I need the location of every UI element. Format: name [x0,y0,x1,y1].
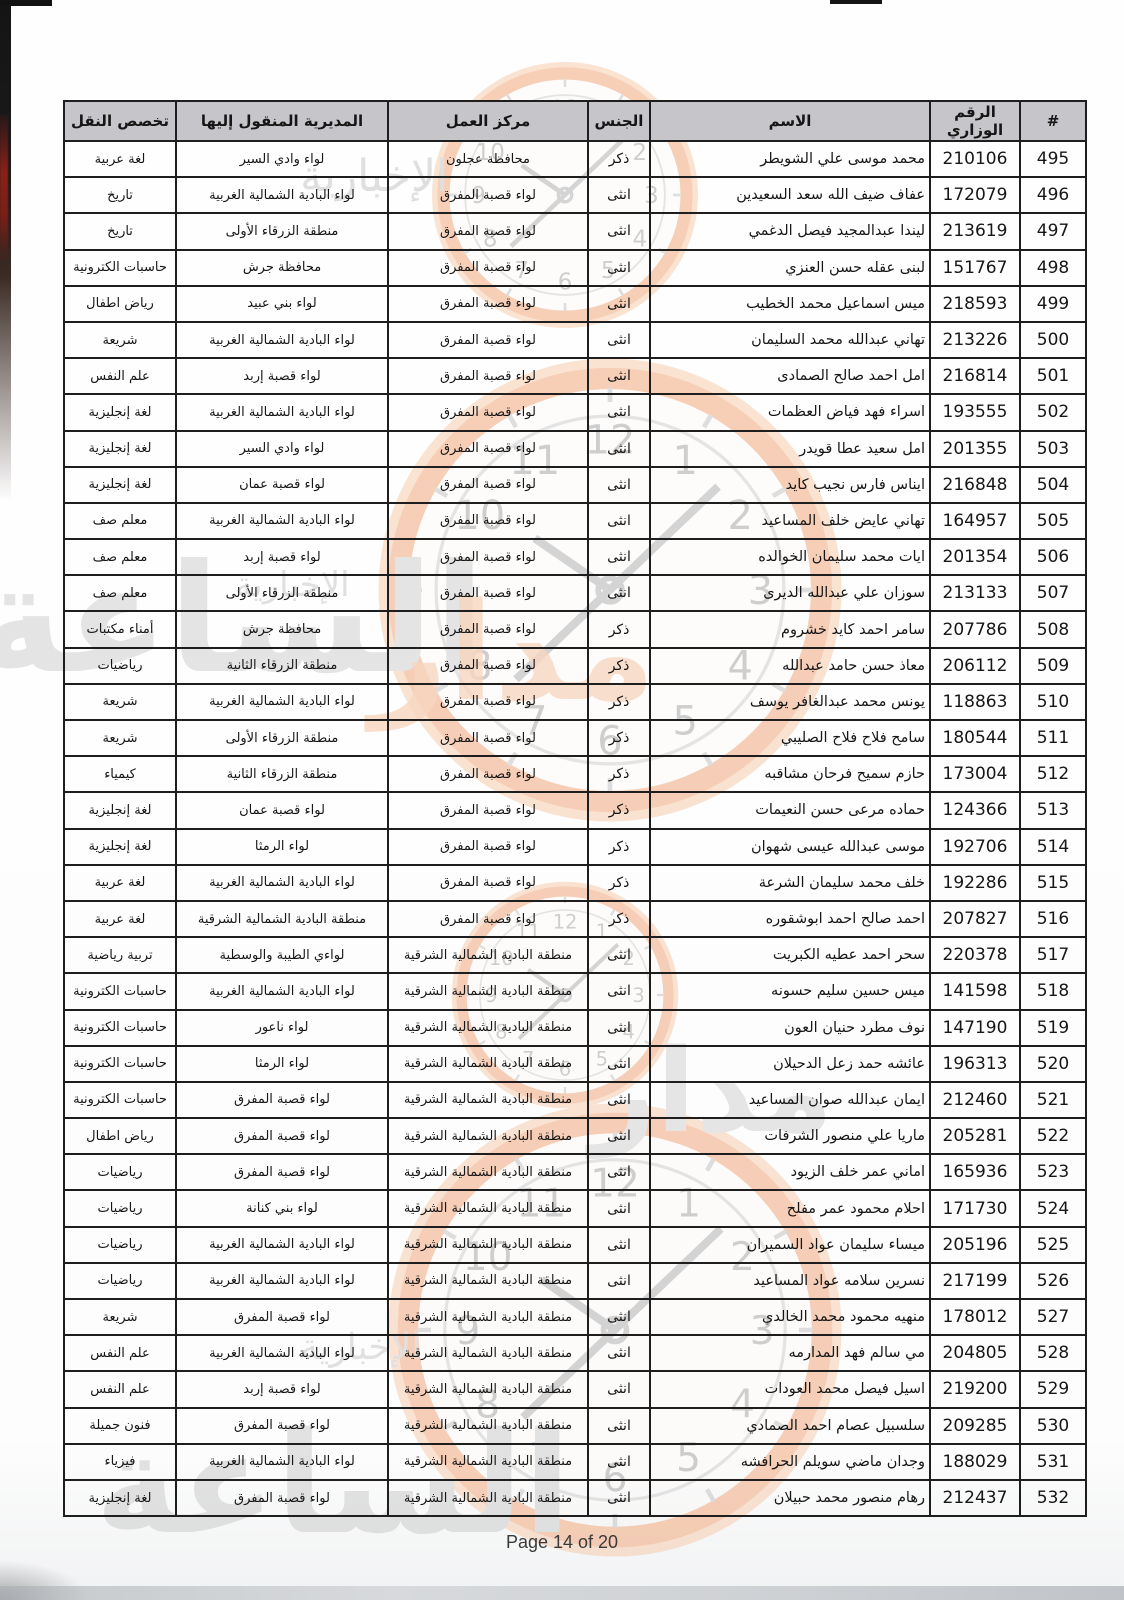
cell-ministry-number: 207786 [930,611,1020,647]
cell-gender: انثى [588,467,650,503]
table-row: 505 164957 تهاني عايض خلف المساعيد انثى … [64,503,1086,539]
cell-ministry-number: 207827 [930,901,1020,937]
transfer-roster-table: # الرقم الوزاري الاسم الجنس مركز العمل ا… [63,100,1087,1517]
table-row: 503 201355 امل سعيد عطا قويدر انثى لواء … [64,431,1086,467]
cell-row-number: 519 [1020,1010,1086,1046]
cell-ministry-number: 212460 [930,1082,1020,1118]
cell-specialization: حاسبات الكترونية [64,250,176,286]
cell-name: حازم سميح فرحان مشاقبه [650,756,930,792]
cell-ministry-number: 171730 [930,1190,1020,1226]
cell-specialization: تاريخ [64,177,176,213]
cell-gender: ذكر [588,141,650,177]
cell-gender: انثى [588,1408,650,1444]
cell-ministry-number: 213226 [930,322,1020,358]
cell-specialization: رياضيات [64,1154,176,1190]
cell-ministry-number: 180544 [930,720,1020,756]
cell-row-number: 529 [1020,1371,1086,1407]
cell-specialization: شريعة [64,322,176,358]
table-row: 517 220378 سحر احمد عطيه الكبريت انثى من… [64,937,1086,973]
cell-name: حماده مرعى حسن النعيمات [650,792,930,828]
cell-ministry-number: 188029 [930,1444,1020,1480]
cell-work-center: لواء قصبة المفرق [388,901,588,937]
cell-row-number: 513 [1020,792,1086,828]
cell-specialization: لغة إنجليزية [64,431,176,467]
cell-work-center: منطقة البادية الشمالية الشرقية [388,1444,588,1480]
cell-specialization: كيمياء [64,756,176,792]
cell-directorate: لواء البادية الشمالية الغربية [176,322,388,358]
cell-name: موسى عبدالله عيسى شهوان [650,829,930,865]
table-row: 512 173004 حازم سميح فرحان مشاقبه ذكر لو… [64,756,1086,792]
cell-gender: ذكر [588,648,650,684]
cell-row-number: 527 [1020,1299,1086,1335]
cell-gender: انثى [588,431,650,467]
cell-work-center: منطقة البادية الشمالية الشرقية [388,1010,588,1046]
table-row: 502 193555 اسراء فهد فياض العظمات انثى ل… [64,394,1086,430]
cell-directorate: لواء قصبة المفرق [176,1082,388,1118]
cell-specialization: فيزياء [64,1444,176,1480]
cell-ministry-number: 118863 [930,684,1020,720]
cell-ministry-number: 218593 [930,286,1020,322]
cell-name: اماني عمر خلف الزيود [650,1154,930,1190]
cell-work-center: لواء قصبة المفرق [388,322,588,358]
cell-ministry-number: 196313 [930,1046,1020,1082]
cell-directorate: لواءي الطيبة والوسطية [176,937,388,973]
table-row: 496 172079 عفاف ضيف الله سعد السعيدين ان… [64,177,1086,213]
cell-ministry-number: 173004 [930,756,1020,792]
cell-ministry-number: 213619 [930,213,1020,249]
cell-gender: انثى [588,1444,650,1480]
table-row: 498 151767 لبنى عقله حسن العنزي انثى لوا… [64,250,1086,286]
cell-name: يونس محمد عبدالغافر يوسف [650,684,930,720]
cell-row-number: 520 [1020,1046,1086,1082]
cell-name: اسيل فيصل محمد العودات [650,1371,930,1407]
cell-work-center: لواء قصبة المفرق [388,575,588,611]
cell-specialization: لغة إنجليزية [64,394,176,430]
table-body: 495 210106 محمد موسى علي الشويطر ذكر محا… [64,141,1086,1516]
cell-ministry-number: 192286 [930,865,1020,901]
cell-ministry-number: 193555 [930,394,1020,430]
col-header-directorate: المديرية المنقول إليها [176,101,388,141]
table-row: 514 192706 موسى عبدالله عيسى شهوان ذكر ل… [64,829,1086,865]
cell-name: ايناس فارس نجيب كايد [650,467,930,503]
table-row: 509 206112 معاذ حسن حامد عبدالله ذكر لوا… [64,648,1086,684]
cell-specialization: علم النفس [64,358,176,394]
cell-gender: انثى [588,1190,650,1226]
cell-gender: انثى [588,973,650,1009]
cell-name: محمد موسى علي الشويطر [650,141,930,177]
cell-name: ميس حسين سليم حسونه [650,973,930,1009]
cell-ministry-number: 212437 [930,1480,1020,1516]
cell-name: وجدان ماضي سويلم الحرافشه [650,1444,930,1480]
cell-row-number: 515 [1020,865,1086,901]
cell-specialization: علم النفس [64,1335,176,1371]
cell-specialization: معلم صف [64,539,176,575]
cell-specialization: تاريخ [64,213,176,249]
cell-name: احمد صالح احمد ابوشقوره [650,901,930,937]
cell-gender: انثى [588,1227,650,1263]
scan-artifact-bottom-band [0,1586,1124,1600]
cell-gender: انثى [588,1371,650,1407]
table-row: 523 165936 اماني عمر خلف الزيود انثى منط… [64,1154,1086,1190]
cell-specialization: رياضيات [64,1227,176,1263]
cell-ministry-number: 192706 [930,829,1020,865]
col-header-ministry-number: الرقم الوزاري [930,101,1020,141]
cell-ministry-number: 216814 [930,358,1020,394]
cell-name: رهام منصور محمد حبيلان [650,1480,930,1516]
cell-specialization: لغة عربية [64,141,176,177]
cell-ministry-number: 172079 [930,177,1020,213]
cell-row-number: 507 [1020,575,1086,611]
cell-row-number: 521 [1020,1082,1086,1118]
cell-specialization: لغة إنجليزية [64,829,176,865]
cell-row-number: 517 [1020,937,1086,973]
cell-directorate: محافظة جرش [176,250,388,286]
cell-work-center: منطقة البادية الشمالية الشرقية [388,937,588,973]
table-row: 510 118863 يونس محمد عبدالغافر يوسف ذكر … [64,684,1086,720]
table-row: 501 216814 امل احمد صالح الصمادى انثى لو… [64,358,1086,394]
cell-work-center: لواء قصبة المفرق [388,539,588,575]
cell-row-number: 499 [1020,286,1086,322]
cell-work-center: لواء قصبة المفرق [388,431,588,467]
cell-row-number: 495 [1020,141,1086,177]
cell-work-center: منطقة البادية الشمالية الشرقية [388,1118,588,1154]
table-row: 507 213133 سوزان علي عبدالله الديرى انثى… [64,575,1086,611]
cell-gender: ذكر [588,901,650,937]
table-row: 515 192286 خلف محمد سليمان الشرعة ذكر لو… [64,865,1086,901]
cell-row-number: 511 [1020,720,1086,756]
cell-gender: ذكر [588,792,650,828]
cell-name: عائشه حمد زعل الدحيلان [650,1046,930,1082]
table-row: 524 171730 احلام محمود عمر مفلح انثى منط… [64,1190,1086,1226]
cell-name: امل احمد صالح الصمادى [650,358,930,394]
cell-gender: انثى [588,1263,650,1299]
cell-row-number: 496 [1020,177,1086,213]
cell-row-number: 510 [1020,684,1086,720]
cell-row-number: 530 [1020,1408,1086,1444]
cell-work-center: لواء قصبة المفرق [388,503,588,539]
cell-specialization: رياضيات [64,1190,176,1226]
cell-work-center: لواء قصبة المفرق [388,250,588,286]
cell-ministry-number: 204805 [930,1335,1020,1371]
table-row: 508 207786 سامر احمد كايد خشروم ذكر لواء… [64,611,1086,647]
col-header-name: الاسم [650,101,930,141]
cell-name: منهيه محمود محمد الخالدي [650,1299,930,1335]
cell-row-number: 514 [1020,829,1086,865]
cell-specialization: حاسبات الكترونية [64,1010,176,1046]
cell-name: ايمان عبدالله صوان المساعيد [650,1082,930,1118]
cell-gender: انثى [588,1010,650,1046]
cell-specialization: رياضيات [64,648,176,684]
cell-gender: انثى [588,575,650,611]
cell-directorate: لواء قصبة عمان [176,467,388,503]
cell-specialization: لغة إنجليزية [64,467,176,503]
table-row: 497 213619 ليندا عبدالمجيد فيصل الدغمي ا… [64,213,1086,249]
cell-ministry-number: 164957 [930,503,1020,539]
cell-work-center: لواء قصبة المفرق [388,756,588,792]
cell-gender: انثى [588,503,650,539]
cell-ministry-number: 124366 [930,792,1020,828]
cell-ministry-number: 217199 [930,1263,1020,1299]
cell-specialization: لغة إنجليزية [64,1480,176,1516]
cell-directorate: لواء البادية الشمالية الغربية [176,177,388,213]
table-row: 504 216848 ايناس فارس نجيب كايد انثى لوا… [64,467,1086,503]
cell-directorate: لواء البادية الشمالية الغربية [176,1263,388,1299]
cell-work-center: لواء قصبة المفرق [388,177,588,213]
cell-directorate: محافظة جرش [176,611,388,647]
cell-directorate: لواء وادي السير [176,431,388,467]
cell-name: اسراء فهد فياض العظمات [650,394,930,430]
cell-gender: انثى [588,250,650,286]
cell-name: سامر احمد كايد خشروم [650,611,930,647]
cell-directorate: منطقة الزرقاء الأولى [176,720,388,756]
cell-row-number: 523 [1020,1154,1086,1190]
cell-work-center: منطقة البادية الشمالية الشرقية [388,1335,588,1371]
cell-work-center: لواء قصبة المفرق [388,792,588,828]
cell-specialization: شريعة [64,684,176,720]
cell-row-number: 512 [1020,756,1086,792]
table-row: 526 217199 نسرين سلامه عواد المساعيد انث… [64,1263,1086,1299]
cell-row-number: 504 [1020,467,1086,503]
table-row: 527 178012 منهيه محمود محمد الخالدي انثى… [64,1299,1086,1335]
cell-gender: انثى [588,177,650,213]
cell-directorate: لواء قصبة المفرق [176,1299,388,1335]
col-header-index: # [1020,101,1086,141]
cell-gender: ذكر [588,684,650,720]
cell-work-center: لواء قصبة المفرق [388,358,588,394]
cell-work-center: لواء قصبة المفرق [388,720,588,756]
page-number: Page 14 of 20 [0,1532,1124,1553]
col-header-gender: الجنس [588,101,650,141]
cell-directorate: لواء قصبة إربد [176,539,388,575]
cell-directorate: لواء وادي السير [176,141,388,177]
document-page: 121234567891011 121234567891011 12123456… [0,0,1124,1600]
cell-work-center: منطقة البادية الشمالية الشرقية [388,1299,588,1335]
cell-row-number: 528 [1020,1335,1086,1371]
table-row: 522 205281 ماريا علي منصور الشرفات انثى … [64,1118,1086,1154]
cell-ministry-number: 141598 [930,973,1020,1009]
table-header-row: # الرقم الوزاري الاسم الجنس مركز العمل ا… [64,101,1086,141]
cell-ministry-number: 216848 [930,467,1020,503]
cell-row-number: 497 [1020,213,1086,249]
cell-work-center: لواء قصبة المفرق [388,611,588,647]
cell-specialization: لغة عربية [64,901,176,937]
cell-gender: انثى [588,322,650,358]
cell-specialization: رياض اطفال [64,1118,176,1154]
cell-ministry-number: 206112 [930,648,1020,684]
cell-row-number: 522 [1020,1118,1086,1154]
cell-name: ميس اسماعيل محمد الخطيب [650,286,930,322]
cell-gender: انثى [588,1154,650,1190]
table-row: 525 205196 ميساء سليمان عواد السميران ان… [64,1227,1086,1263]
cell-name: نوف مطرد حنيان العون [650,1010,930,1046]
cell-directorate: لواء البادية الشمالية الغربية [176,865,388,901]
cell-gender: ذكر [588,720,650,756]
table-row: 513 124366 حماده مرعى حسن النعيمات ذكر ل… [64,792,1086,828]
cell-gender: انثى [588,1335,650,1371]
cell-name: سلسبيل عصام احمد الصمادي [650,1408,930,1444]
cell-directorate: لواء قصبة المفرق [176,1408,388,1444]
cell-row-number: 498 [1020,250,1086,286]
table-row: 518 141598 ميس حسين سليم حسونه انثى منطق… [64,973,1086,1009]
cell-directorate: لواء قصبة المفرق [176,1154,388,1190]
cell-directorate: لواء بني كنانة [176,1190,388,1226]
cell-specialization: رياضيات [64,1263,176,1299]
cell-gender: انثى [588,358,650,394]
cell-directorate: لواء البادية الشمالية الغربية [176,973,388,1009]
cell-work-center: منطقة البادية الشمالية الشرقية [388,1263,588,1299]
scan-artifact-red-mark [0,115,8,260]
cell-work-center: لواء قصبة المفرق [388,394,588,430]
cell-row-number: 531 [1020,1444,1086,1480]
cell-work-center: منطقة البادية الشمالية الشرقية [388,1371,588,1407]
cell-specialization: معلم صف [64,503,176,539]
cell-specialization: لغة عربية [64,865,176,901]
cell-work-center: لواء قصبة المفرق [388,286,588,322]
cell-directorate: لواء قصبة إربد [176,358,388,394]
cell-work-center: لواء قصبة المفرق [388,467,588,503]
cell-gender: انثى [588,286,650,322]
cell-directorate: لواء قصبة المفرق [176,1118,388,1154]
cell-row-number: 502 [1020,394,1086,430]
cell-name: ليندا عبدالمجيد فيصل الدغمي [650,213,930,249]
cell-work-center: لواء قصبة المفرق [388,829,588,865]
cell-ministry-number: 205196 [930,1227,1020,1263]
cell-directorate: لواء قصبة عمان [176,792,388,828]
cell-gender: انثى [588,394,650,430]
cell-ministry-number: 213133 [930,575,1020,611]
cell-directorate: لواء قصبة المفرق [176,1480,388,1516]
cell-row-number: 509 [1020,648,1086,684]
table-row: 516 207827 احمد صالح احمد ابوشقوره ذكر ل… [64,901,1086,937]
cell-name: عفاف ضيف الله سعد السعيدين [650,177,930,213]
cell-work-center: منطقة البادية الشمالية الشرقية [388,1190,588,1226]
cell-ministry-number: 201355 [930,431,1020,467]
cell-specialization: لغة إنجليزية [64,792,176,828]
cell-ministry-number: 147190 [930,1010,1020,1046]
cell-ministry-number: 219200 [930,1371,1020,1407]
cell-directorate: لواء البادية الشمالية الغربية [176,684,388,720]
cell-specialization: حاسبات الكترونية [64,973,176,1009]
cell-gender: ذكر [588,611,650,647]
cell-row-number: 532 [1020,1480,1086,1516]
cell-work-center: منطقة البادية الشمالية الشرقية [388,1082,588,1118]
cell-name: تهاني عبدالله محمد السليمان [650,322,930,358]
cell-name: تهاني عايض خلف المساعيد [650,503,930,539]
cell-gender: ذكر [588,865,650,901]
cell-directorate: لواء الرمثا [176,1046,388,1082]
cell-name: سوزان علي عبدالله الديرى [650,575,930,611]
cell-directorate: منطقة الزرقاء الأولى [176,213,388,249]
cell-work-center: منطقة البادية الشمالية الشرقية [388,1227,588,1263]
cell-ministry-number: 220378 [930,937,1020,973]
cell-row-number: 518 [1020,973,1086,1009]
cell-directorate: لواء البادية الشمالية الغربية [176,1227,388,1263]
scan-artifact-top-strip [830,0,882,4]
cell-name: ايات محمد سليمان الخوالده [650,539,930,575]
cell-row-number: 505 [1020,503,1086,539]
cell-work-center: منطقة البادية الشمالية الشرقية [388,1154,588,1190]
cell-specialization: تربية رياضية [64,937,176,973]
cell-specialization: حاسبات الكترونية [64,1046,176,1082]
table-row: 532 212437 رهام منصور محمد حبيلان انثى م… [64,1480,1086,1516]
cell-work-center: منطقة البادية الشمالية الشرقية [388,1480,588,1516]
cell-specialization: فنون جميلة [64,1408,176,1444]
cell-specialization: شريعة [64,1299,176,1335]
cell-ministry-number: 209285 [930,1408,1020,1444]
cell-directorate: لواء البادية الشمالية الغربية [176,503,388,539]
table-row: 495 210106 محمد موسى علي الشويطر ذكر محا… [64,141,1086,177]
scan-artifact-top-strip [0,0,52,6]
cell-specialization: حاسبات الكترونية [64,1082,176,1118]
cell-row-number: 508 [1020,611,1086,647]
cell-work-center: لواء قصبة المفرق [388,684,588,720]
cell-work-center: منطقة البادية الشمالية الشرقية [388,1046,588,1082]
table-row: 528 204805 مي سالم فهد المدارمه انثى منط… [64,1335,1086,1371]
cell-gender: انثى [588,1046,650,1082]
cell-name: نسرين سلامه عواد المساعيد [650,1263,930,1299]
table-row: 529 219200 اسيل فيصل محمد العودات انثى م… [64,1371,1086,1407]
cell-gender: انثى [588,937,650,973]
cell-name: مي سالم فهد المدارمه [650,1335,930,1371]
cell-name: معاذ حسن حامد عبدالله [650,648,930,684]
cell-specialization: معلم صف [64,575,176,611]
cell-ministry-number: 151767 [930,250,1020,286]
cell-specialization: علم النفس [64,1371,176,1407]
cell-row-number: 506 [1020,539,1086,575]
cell-gender: انثى [588,213,650,249]
table-row: 530 209285 سلسبيل عصام احمد الصمادي انثى… [64,1408,1086,1444]
cell-gender: ذكر [588,756,650,792]
cell-specialization: أمناء مكتبات [64,611,176,647]
cell-name: امل سعيد عطا قويدر [650,431,930,467]
cell-name: سامح فلاح فلاح الصليبي [650,720,930,756]
cell-row-number: 525 [1020,1227,1086,1263]
cell-ministry-number: 210106 [930,141,1020,177]
cell-specialization: رياض اطفال [64,286,176,322]
table-row: 521 212460 ايمان عبدالله صوان المساعيد ا… [64,1082,1086,1118]
cell-specialization: شريعة [64,720,176,756]
cell-gender: انثى [588,539,650,575]
cell-directorate: لواء الرمثا [176,829,388,865]
table-row: 511 180544 سامح فلاح فلاح الصليبي ذكر لو… [64,720,1086,756]
cell-directorate: لواء البادية الشمالية الغربية [176,1444,388,1480]
table-row: 499 218593 ميس اسماعيل محمد الخطيب انثى … [64,286,1086,322]
cell-directorate: منطقة الزرقاء الأولى [176,575,388,611]
cell-ministry-number: 178012 [930,1299,1020,1335]
cell-name: سحر احمد عطيه الكبريت [650,937,930,973]
cell-row-number: 516 [1020,901,1086,937]
cell-name: ميساء سليمان عواد السميران [650,1227,930,1263]
cell-directorate: لواء بني عبيد [176,286,388,322]
cell-row-number: 526 [1020,1263,1086,1299]
cell-gender: انثى [588,1082,650,1118]
cell-work-center: لواء قصبة المفرق [388,648,588,684]
cell-directorate: منطقة البادية الشمالية الشرقية [176,901,388,937]
cell-work-center: منطقة البادية الشمالية الشرقية [388,1408,588,1444]
cell-row-number: 501 [1020,358,1086,394]
cell-gender: انثى [588,1118,650,1154]
cell-name: ماريا علي منصور الشرفات [650,1118,930,1154]
cell-directorate: لواء قصبة إربد [176,1371,388,1407]
cell-name: لبنى عقله حسن العنزي [650,250,930,286]
cell-directorate: لواء البادية الشمالية الغربية [176,1335,388,1371]
table-row: 506 201354 ايات محمد سليمان الخوالده انث… [64,539,1086,575]
table-row: 531 188029 وجدان ماضي سويلم الحرافشه انث… [64,1444,1086,1480]
cell-directorate: منطقة الزرقاء الثانية [176,648,388,684]
scan-artifact-corner-shade [0,1560,90,1600]
cell-row-number: 500 [1020,322,1086,358]
cell-ministry-number: 165936 [930,1154,1020,1190]
